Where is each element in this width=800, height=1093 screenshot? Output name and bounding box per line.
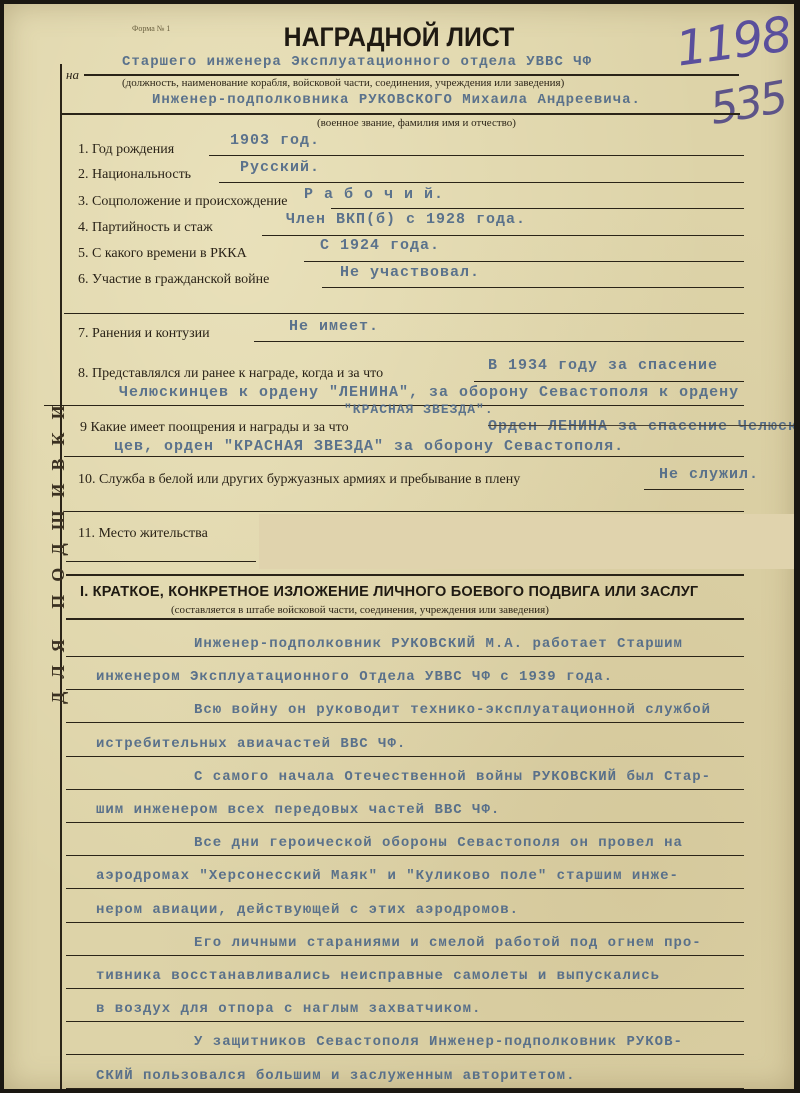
field-7-label: 7. Ранения и контузии — [78, 326, 210, 342]
field-5-rule — [304, 261, 744, 262]
field-6-label: 6. Участие в гражданской войне — [78, 272, 269, 288]
narrative-line: У защитников Севастополя Инженер-подполк… — [194, 1034, 683, 1050]
narrative-rule — [66, 1021, 744, 1022]
field-6-rule — [322, 287, 744, 288]
document-title: НАГРАДНОЙ ЛИСТ — [36, 22, 763, 53]
field-9-rule — [64, 456, 744, 457]
field-1-rule — [209, 155, 744, 156]
field-11-rule — [66, 561, 256, 562]
field-8-label: 8. Представлялся ли ранее к награде, ког… — [78, 366, 383, 382]
narrative-rule — [66, 855, 744, 856]
narrative-line: инженером Эксплуатационного Отдела УВВС … — [96, 669, 613, 685]
narrative-rule — [66, 722, 744, 723]
field-10-label: 10. Служба в белой или других буржуазных… — [78, 472, 520, 488]
field-5-label: 5. С какого времени в РККА — [78, 246, 247, 262]
name-value: Инженер-подполковника РУКОВСКОГО Михаила… — [152, 92, 641, 108]
field-8-value-line-1: В 1934 году за спасение — [488, 357, 718, 374]
narrative-line: СКИЙ пользовался большим и заслуженным а… — [96, 1068, 575, 1084]
field-3-rule — [331, 208, 744, 209]
field-6-extra-rule — [64, 313, 744, 314]
position-caption: (должность, наименование корабля, войско… — [122, 77, 564, 89]
narrative-line: Все дни героической обороны Севастополя … — [194, 835, 683, 851]
field-8-rule-1 — [474, 381, 744, 382]
narrative-rule — [66, 1054, 744, 1055]
position-value: Старшего инженера Эксплуатационного отде… — [122, 54, 592, 70]
narrative-rule — [66, 955, 744, 956]
field-8-value-line-3: "КРАСНАЯ ЗВЕЗДА". — [344, 402, 494, 417]
narrative-line: шим инженером всех передовых частей ВВС … — [96, 802, 500, 818]
narrative-rule — [66, 822, 744, 823]
na-label: на — [66, 67, 79, 83]
field-4-rule — [262, 235, 744, 236]
field-7-rule — [254, 341, 744, 342]
narrative-rule — [66, 789, 744, 790]
field-9-label: 9 Какие имеет поощрения и награды и за ч… — [80, 420, 349, 436]
narrative-rule — [66, 922, 744, 923]
field-8-value-line-2: Челюскинцев к ордену "ЛЕНИНА", за оборон… — [119, 384, 739, 401]
field-2-rule — [219, 182, 744, 183]
narrative-line: Всю войну он руководит технико-эксплуата… — [194, 702, 711, 718]
narrative-line: истребительных авиачастей ВВС ЧФ. — [96, 736, 406, 752]
position-rule — [84, 74, 739, 76]
name-caption: (военное звание, фамилия имя и отчество) — [317, 117, 516, 129]
narrative-rule — [66, 1088, 744, 1089]
narrative-rule — [66, 656, 744, 657]
narrative-line: нером авиации, действующей с этих аэродр… — [96, 902, 519, 918]
field-4-label: 4. Партийность и стаж — [78, 220, 213, 236]
narrative-line: Инженер-подполковник РУКОВСКИЙ М.А. рабо… — [194, 636, 683, 652]
section-caption-rule — [66, 618, 744, 620]
field-5-value: С 1924 года. — [320, 237, 440, 254]
narrative-line: в воздух для отпора с наглым захватчиком… — [96, 1001, 481, 1017]
field-3-label: 3. Соцположение и происхождение — [78, 194, 288, 210]
field-9-value-line-2: цев, орден "КРАСНАЯ ЗВЕЗДА" за оборону С… — [114, 438, 624, 455]
field-3-value: Р а б о ч и й. — [304, 186, 444, 203]
section-heading: I. КРАТКОЕ, КОНКРЕТНОЕ ИЗЛОЖЕНИЕ ЛИЧНОГО… — [80, 584, 698, 600]
field-11-label: 11. Место жительства — [78, 526, 208, 542]
field-1-value: 1903 год. — [230, 132, 320, 149]
field-9-value-line-1: Орден ЛЕНИНА за спасение Челюскин — [488, 418, 794, 435]
narrative-line: аэродромах "Херсонесский Маяк" и "Кулико… — [96, 868, 679, 884]
field-10-rule — [644, 489, 744, 490]
award-sheet-page: Форма № 1 НАГРАДНОЙ ЛИСТ 1198 535 ДЛЯ ПО… — [4, 4, 794, 1089]
section-top-rule — [66, 574, 744, 576]
narrative-rule — [66, 888, 744, 889]
field-6-value: Не участвовал. — [340, 264, 480, 281]
narrative-rule — [66, 756, 744, 757]
narrative-rule — [66, 689, 744, 690]
narrative-line: тивника восстанавливались неисправные са… — [96, 968, 660, 984]
handwritten-number-1: 1198 — [673, 6, 794, 77]
field-7-value: Не имеет. — [289, 318, 379, 335]
field-2-label: 2. Национальность — [78, 167, 191, 183]
field-2-value: Русский. — [240, 159, 320, 176]
field-1-label: 1. Год рождения — [78, 142, 174, 158]
section-caption: (составляется в штабе войсковой части, с… — [171, 604, 549, 616]
handwritten-number-2: 535 — [706, 72, 789, 135]
narrative-line: С самого начала Отечественной войны РУКО… — [194, 769, 711, 785]
field-10-value: Не служил. — [659, 466, 759, 483]
narrative-rule — [66, 988, 744, 989]
redacted-area — [259, 514, 794, 569]
name-rule — [60, 113, 740, 115]
field-4-value: Член ВКП(б) с 1928 года. — [286, 211, 526, 228]
field-10-extra-rule — [64, 511, 744, 512]
narrative-line: Его личными стараниями и смелой работой … — [194, 935, 702, 951]
